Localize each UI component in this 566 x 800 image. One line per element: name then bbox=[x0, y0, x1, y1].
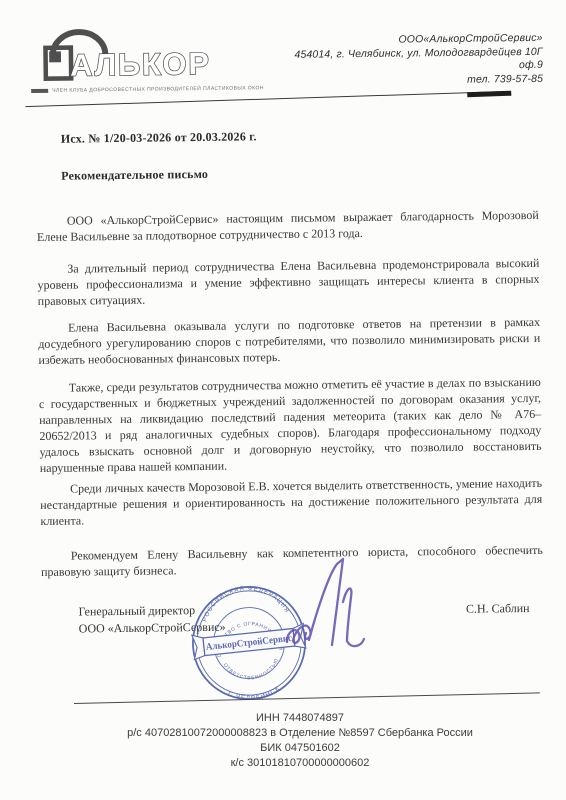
letter-paragraph-1: ООО «АлькорСтройСервис» настоящим письмо… bbox=[37, 207, 539, 245]
letter-paragraph-3: Елена Васильевна оказывала услуги по под… bbox=[38, 314, 541, 368]
logo-wordmark: АЛЬКОР bbox=[70, 46, 211, 83]
logo-tagline: ЧЛЕН КЛУБА ДОБРОСОВЕСТНЫХ ПРОИЗВОДИТЕЛЕЙ… bbox=[52, 85, 264, 94]
footer-requisites: ИНН 7448074897 р/с 40702810072000008823 … bbox=[34, 711, 566, 771]
header-rule bbox=[25, 91, 499, 107]
svg-text:ОТВЕТСТВЕННОСТЬЮ: ОТВЕТСТВЕННОСТЬЮ bbox=[221, 657, 282, 685]
address-line-phone: тел. 739-57-85 bbox=[268, 72, 543, 89]
logo-mark-icon: АЛЬКОР bbox=[30, 27, 231, 87]
letter-page: АЛЬКОР ЧЛЕН КЛУБА ДОБРОСОВЕСТНЫХ ПРОИЗВО… bbox=[0, 0, 566, 800]
letter-paragraph-2: За длительный период сотрудничества Елен… bbox=[37, 255, 540, 309]
signature-ink-icon bbox=[273, 548, 377, 660]
footer-line-account: р/с 40702810072000008823 в Отделение №85… bbox=[34, 726, 566, 741]
letterhead: АЛЬКОР ЧЛЕН КЛУБА ДОБРОСОВЕСТНЫХ ПРОИЗВО… bbox=[0, 0, 563, 94]
address-line-street: 454014, г. Челябинск, ул. Молодогвардейц… bbox=[268, 45, 543, 75]
signatory-name: С.Н. Саблин bbox=[466, 600, 530, 632]
logo-underline-bar-icon bbox=[31, 89, 48, 93]
footer-line-corr: к/с 30101810700000000602 bbox=[34, 756, 566, 771]
letter-body: Исх. № 1/20-03-2026 от 20.03.2026 г. Рек… bbox=[0, 125, 566, 581]
company-address-block: ООО«АлькорСтройСервис» 454014, г. Челяби… bbox=[268, 23, 543, 89]
footer-line-inn: ИНН 7448074897 bbox=[34, 711, 566, 726]
stamp-inner-text-bottom: ОТВЕТСТВЕННОСТЬЮ bbox=[221, 657, 282, 685]
letter-paragraph-4: Также, среди результатов сотрудничества … bbox=[39, 374, 542, 476]
letter-title: Рекомендательное письмо bbox=[61, 162, 538, 184]
outgoing-reference: Исх. № 1/20-03-2026 от 20.03.2026 г. bbox=[61, 125, 538, 147]
company-logo: АЛЬКОР ЧЛЕН КЛУБА ДОБРОСОВЕСТНЫХ ПРОИЗВО… bbox=[30, 26, 268, 94]
header-rule-dark-tip bbox=[467, 91, 511, 97]
footer-line-bik: БИК 047501602 bbox=[34, 741, 566, 756]
letter-paragraph-5: Среди личных качеств Морозовой Е.В. хоче… bbox=[40, 475, 543, 529]
